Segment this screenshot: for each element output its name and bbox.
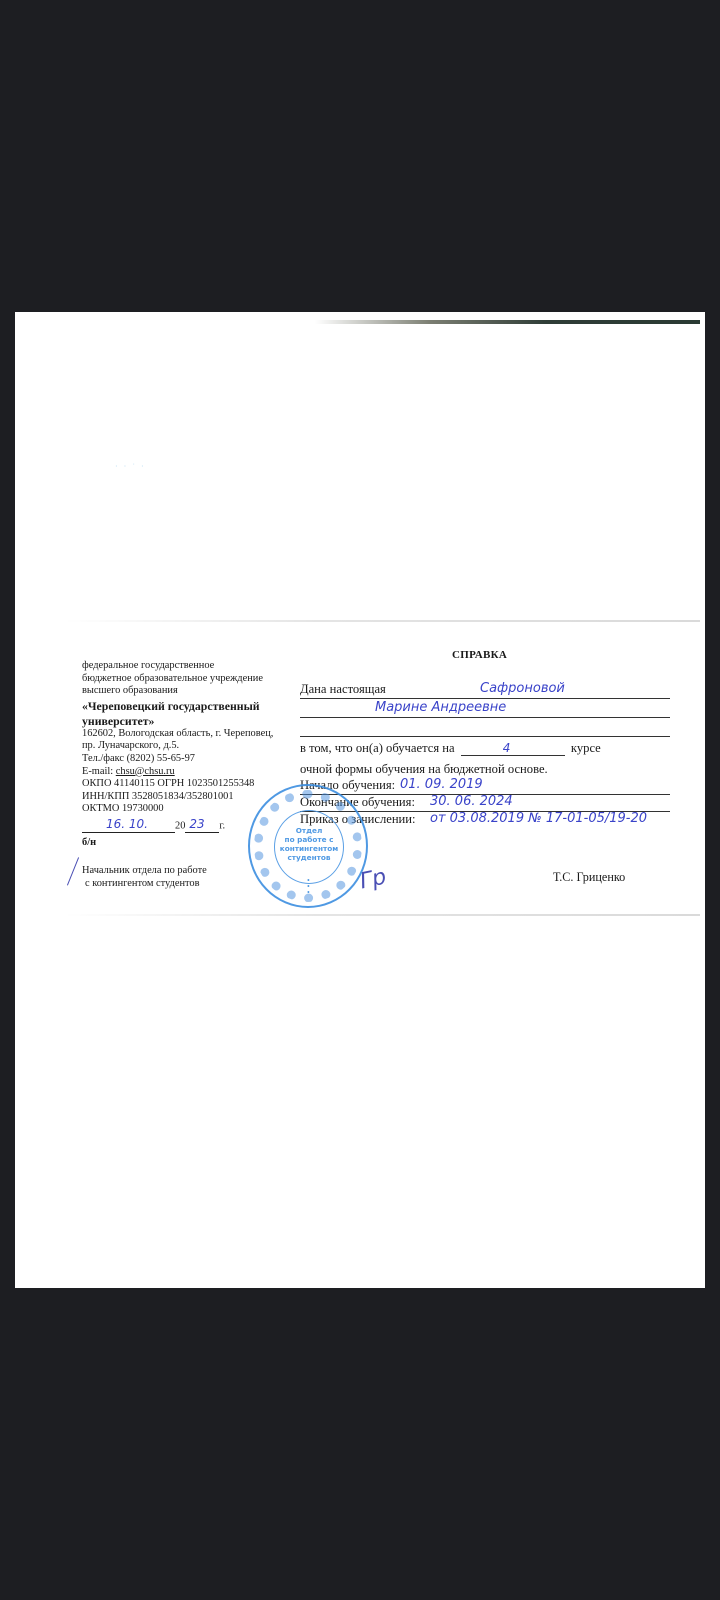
handwritten-signature: Гр [358, 865, 389, 895]
email-label: E-mail: [82, 766, 116, 777]
phone: Тел./факс (8202) 55-65-97 [82, 753, 297, 766]
issuer-line: бюджетное образовательное учреждение [82, 673, 297, 686]
course-blank: 4 [461, 742, 565, 756]
handwritten-course: 4 [503, 741, 511, 755]
course-row: в том, что он(а) обучается на 4 курсе [300, 741, 670, 757]
date-blank: 16. 10. [82, 819, 175, 833]
course-suffix: курсе [571, 741, 601, 755]
email-row: E-mail: chsu@chsu.ru [82, 766, 297, 779]
name-row: Марине Андреевне [300, 699, 670, 718]
issuer-line: высшего образования [82, 685, 297, 698]
fold-line-top [65, 620, 700, 622]
handwritten-date: 16. 10. [106, 818, 148, 831]
stamp-dots: ••• [307, 878, 310, 896]
official-stamp: Отдел по работе с контингентом студентов… [248, 784, 368, 908]
university-name-cont: университет» [82, 714, 297, 728]
issuer-line: федеральное государственное [82, 660, 297, 673]
year-blank: 23 [185, 819, 219, 833]
stamp-line: контингентом [272, 844, 346, 853]
handwritten-start: 01. 09. 2019 [400, 777, 483, 792]
scan-noise: · · ˙ · [115, 462, 146, 471]
signer-name: Т.С. Гриценко [553, 870, 625, 885]
handwritten-surname: Сафроновой [480, 681, 565, 696]
given-to-row: Дана настоящая Сафроновой [300, 680, 670, 699]
handwritten-order: от 03.08.2019 № 17-01-05/19-20 [430, 811, 647, 826]
okpo-ogrn: ОКПО 41140115 ОГРН 1023501255348 [82, 778, 297, 791]
stamp-line: по работе с [272, 835, 346, 844]
year-suffix: г. [219, 820, 225, 831]
stamp-center-text: Отдел по работе с контингентом студентов [272, 826, 346, 862]
head-title-line: с контингентом студентов [82, 878, 262, 891]
given-label: Дана настоящая [300, 682, 388, 697]
email-link[interactable]: chsu@chsu.ru [116, 766, 175, 777]
course-prefix: в том, что он(а) обучается на [300, 741, 455, 755]
university-name: «Череповецкий государственный [82, 699, 297, 713]
blank-row [300, 718, 670, 737]
head-position: Начальник отдела по работе с контингенто… [82, 865, 262, 890]
address-line: 162602, Вологодская область, г. Черепове… [82, 728, 297, 741]
form-text: очной формы обучения на бюджетной основе… [300, 762, 670, 778]
document-title: СПРАВКА [452, 649, 507, 661]
stamp-line: Отдел [272, 826, 346, 835]
scan-edge-shadow [315, 320, 700, 324]
handwritten-end: 30. 06. 2024 [430, 794, 513, 809]
address-line: пр. Луначарского, д.5. [82, 740, 297, 753]
year-prefix: 20 [175, 820, 185, 831]
scanned-document-page: · · ˙ · федеральное государственное бюдж… [15, 312, 705, 1288]
head-title-line: Начальник отдела по работе [82, 865, 262, 878]
handwritten-year: 23 [189, 818, 204, 831]
fold-line-bottom [65, 914, 700, 916]
start-row: Начало обучения: 01. 09. 2019 [300, 778, 670, 795]
stamp-line: студентов [272, 853, 346, 862]
certificate-body: Дана настоящая Сафроновой Марине Андреев… [300, 680, 670, 828]
handwritten-name: Марине Андреевне [375, 700, 506, 715]
